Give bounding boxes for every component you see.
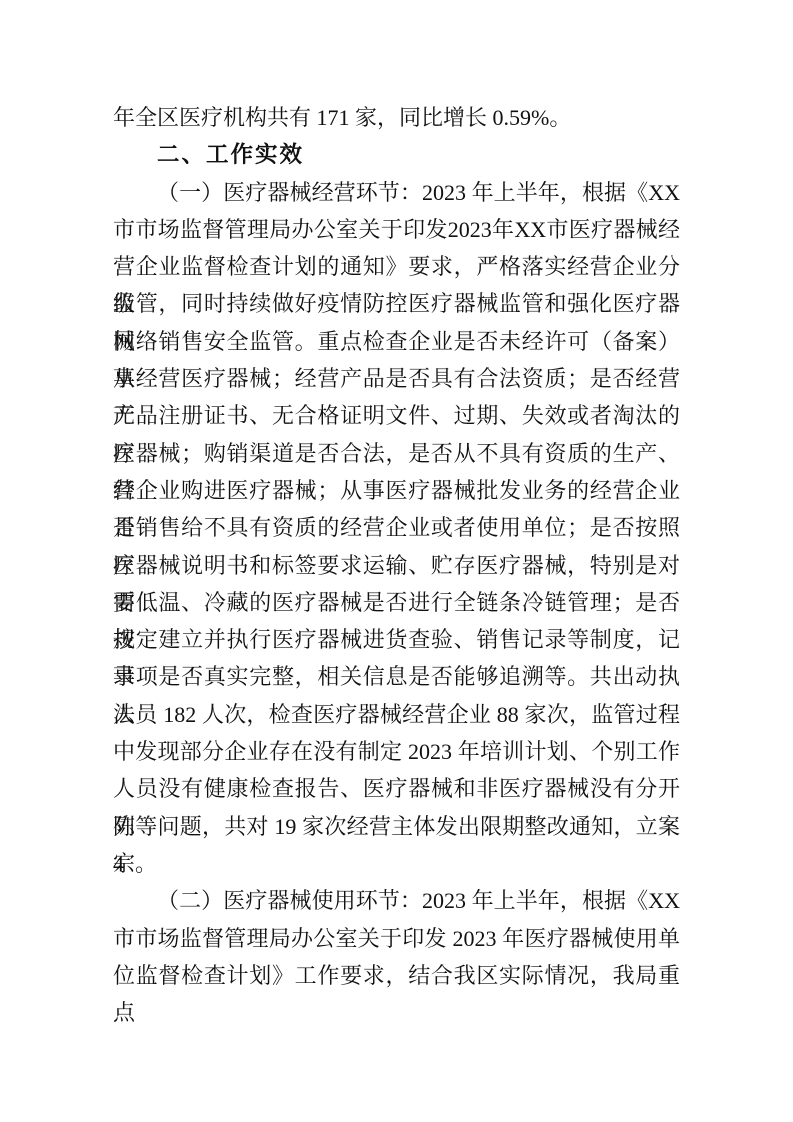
document-page: 年全区医疗机构共有 171 家，同比增长 0.59%。二、工作实效（一）医疗器械… bbox=[0, 0, 793, 1122]
text-line: 疗器械；购销渠道是否合法，是否从不具有资质的生产、经 bbox=[113, 435, 680, 472]
text-line: 人员 182 人次，检查医疗器械经营企业 88 家次，监管过程 bbox=[113, 696, 680, 733]
text-line: 否销售给不具有资质的经营企业或者使用单位；是否按照医 bbox=[113, 509, 680, 546]
text-line: 中发现部分企业存在没有制定 2023 年培训计划、个别工作 bbox=[113, 733, 680, 770]
text-line: 市市场监督管理局办公室关于印发 2023 年医疗器械使用单 bbox=[113, 920, 680, 957]
text-line: （一）医疗器械经营环节：2023 年上半年，根据《XX bbox=[113, 174, 680, 211]
section-heading: 二、工作实效 bbox=[113, 136, 680, 173]
text-line: 人员没有健康检查报告、医疗器械和非医疗器械没有分开陈 bbox=[113, 770, 680, 807]
text-line: 市市场监督管理局办公室关于印发2023年XX市医疗器械经 bbox=[113, 211, 680, 248]
text-line: 规定建立并执行医疗器械进货查验、销售记录等制度，记录 bbox=[113, 621, 680, 658]
text-line: 位监督检查计划》工作要求，结合我区实际情况，我局重点 bbox=[113, 957, 680, 994]
text-line: 宗。 bbox=[113, 845, 680, 882]
text-line: 疗器械说明书和标签要求运输、贮存医疗器械，特别是对需 bbox=[113, 547, 680, 584]
text-line: 营企业购进医疗器械；从事医疗器械批发业务的经营企业是 bbox=[113, 472, 680, 509]
text-line: 列等问题，共对 19 家次经营主体发出限期整改通知，立案 4 bbox=[113, 808, 680, 845]
text-line: （二）医疗器械使用环节：2023 年上半年，根据《XX bbox=[113, 882, 680, 919]
text-line: 产品注册证书、无合格证明文件、过期、失效或者淘汰的医 bbox=[113, 397, 680, 434]
text-line: 事项是否真实完整，相关信息是否能够追溯等。共出动执法 bbox=[113, 658, 680, 695]
text-line: 网络销售安全监管。重点检查企业是否未经许可（备案）从 bbox=[113, 323, 680, 360]
text-line: 年全区医疗机构共有 171 家，同比增长 0.59%。 bbox=[113, 99, 680, 136]
text-line: 营企业监督检查计划的通知》要求，严格落实经营企业分级 bbox=[113, 248, 680, 285]
document-body: 年全区医疗机构共有 171 家，同比增长 0.59%。二、工作实效（一）医疗器械… bbox=[113, 99, 680, 994]
text-line: 要低温、冷藏的医疗器械是否进行全链条冷链管理；是否按 bbox=[113, 584, 680, 621]
text-line: 事经营医疗器械；经营产品是否具有合法资质；是否经营无 bbox=[113, 360, 680, 397]
text-line: 监管，同时持续做好疫情防控医疗器械监管和强化医疗器械 bbox=[113, 285, 680, 322]
